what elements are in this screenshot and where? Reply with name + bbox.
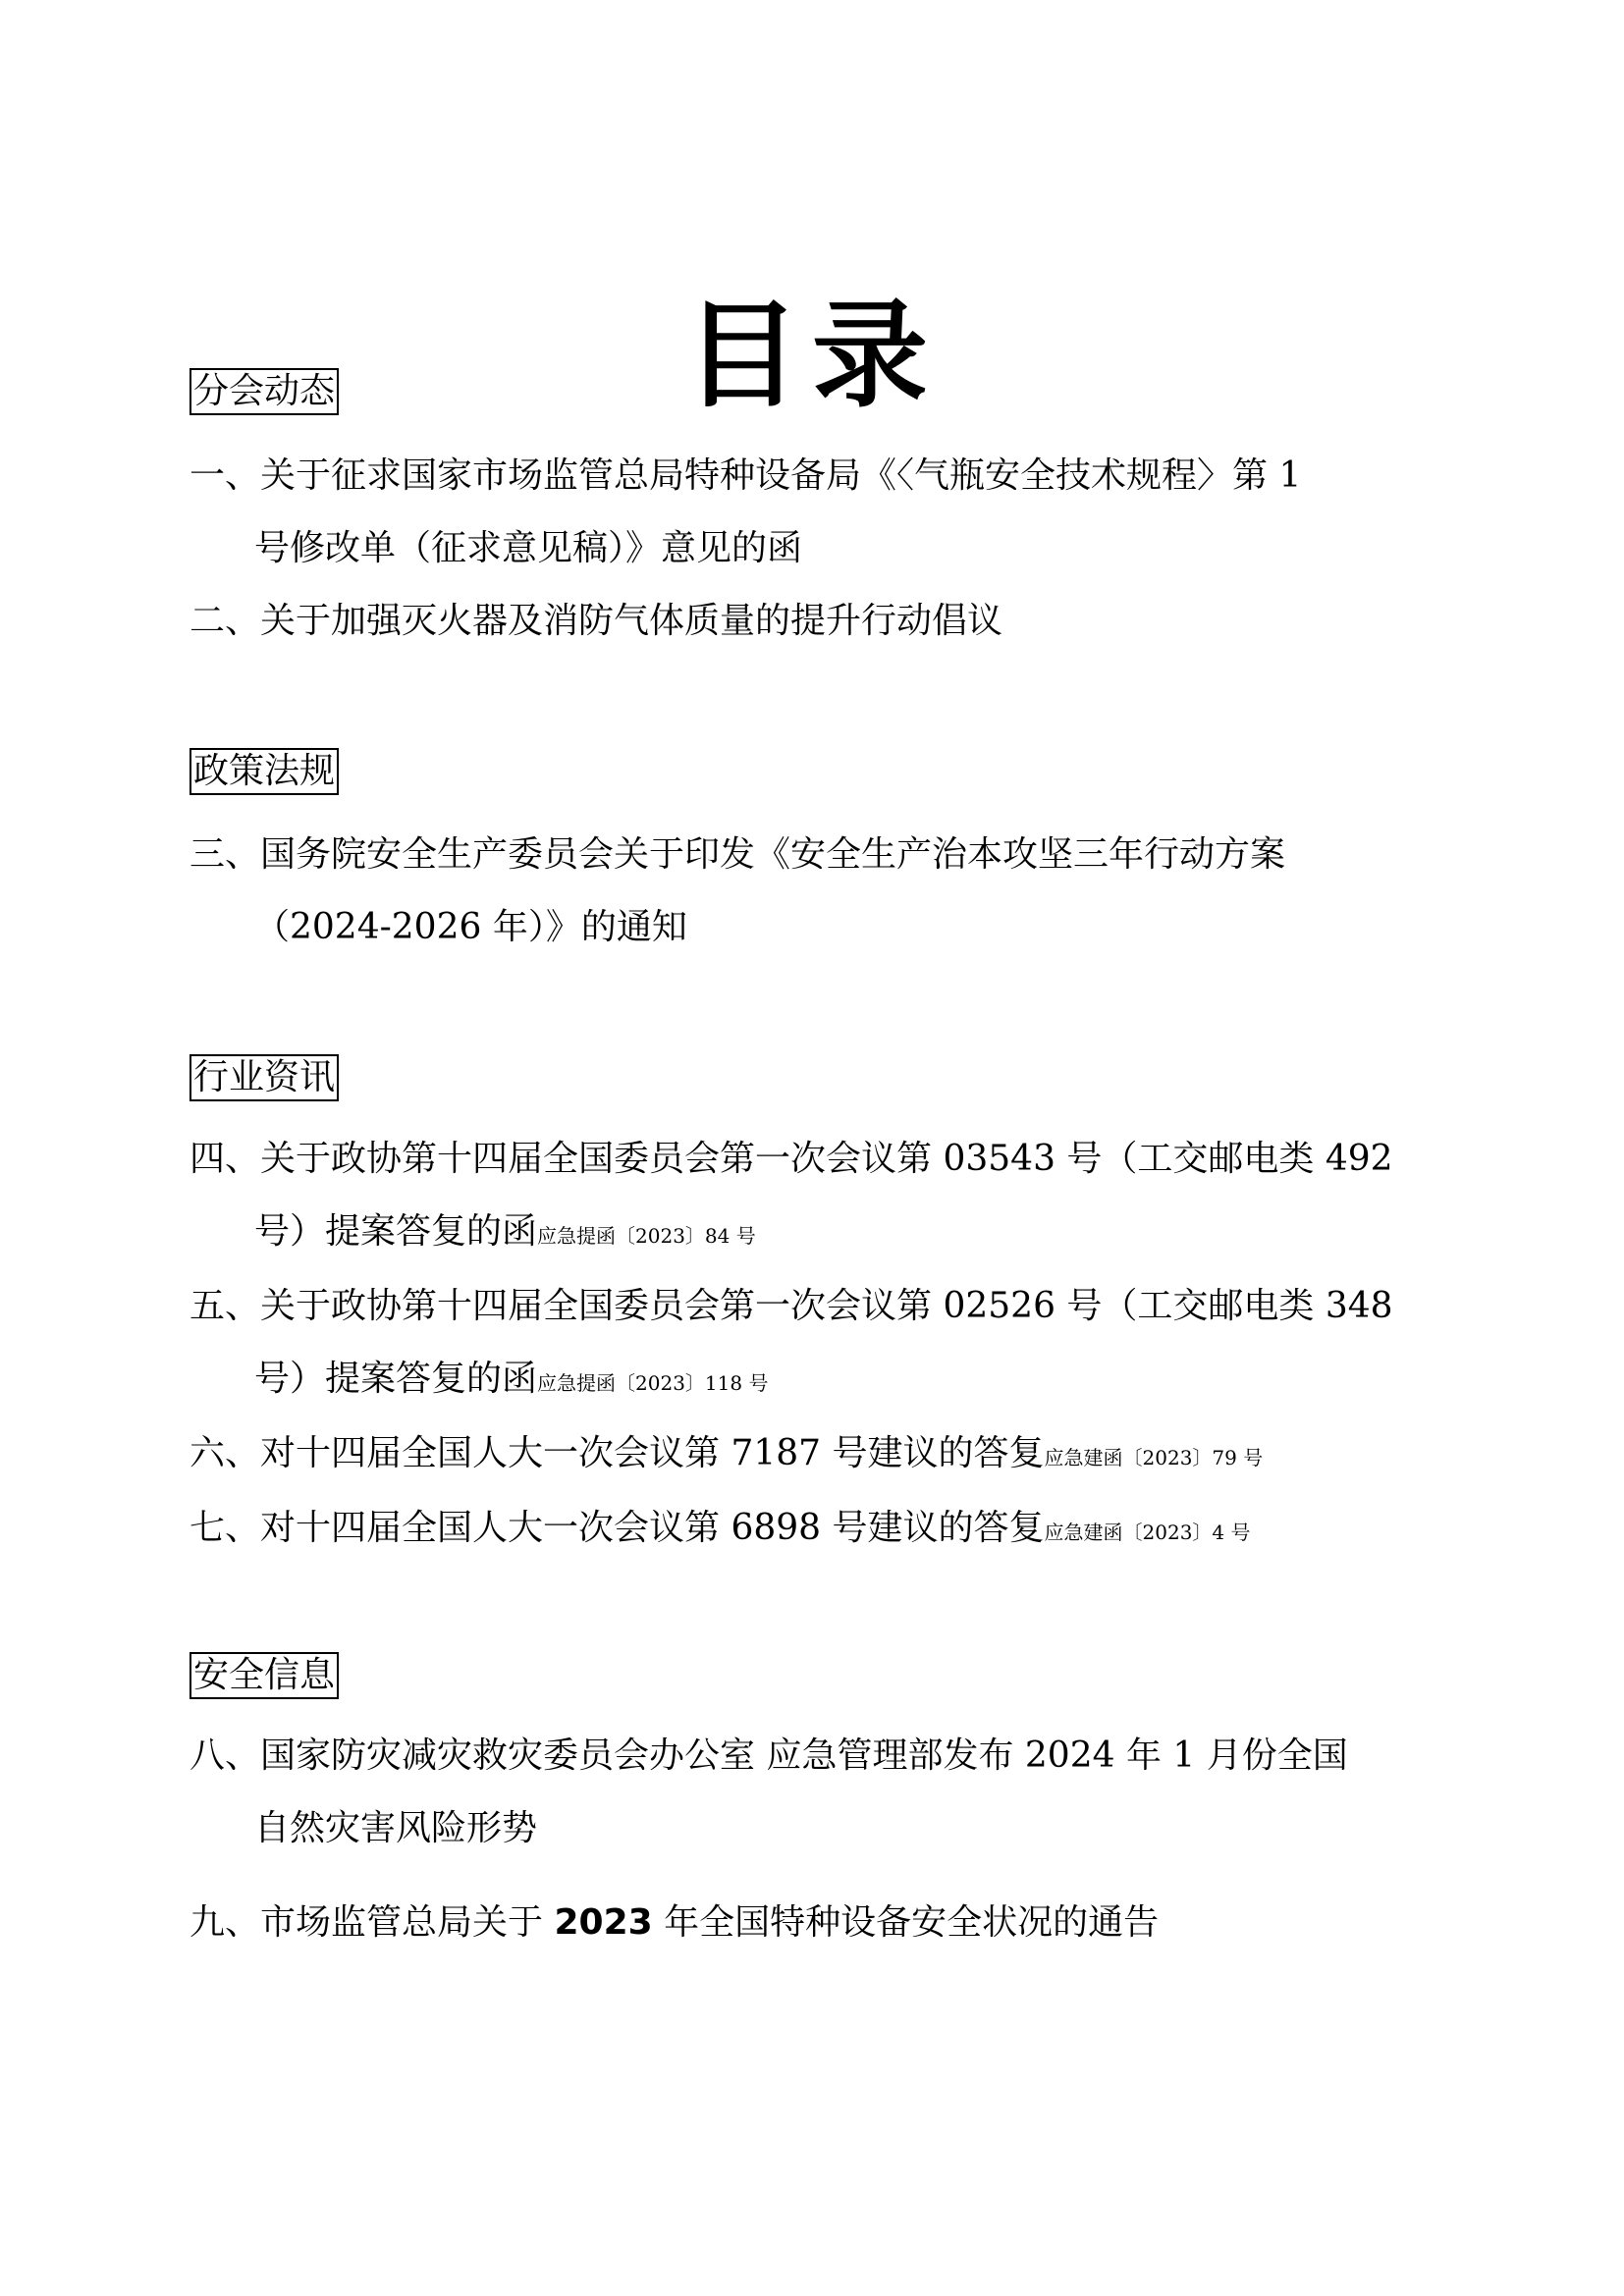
toc-entry-8[interactable]: 八、国家防灾减灾救灾委员会办公室 应急管理部发布 2024 年 1 月份全国 自… <box>189 1720 1441 1865</box>
entry-title-year: 2023 <box>554 1902 652 1943</box>
entry-title: 国家防灾减灾救灾委员会办公室 应急管理部发布 2024 年 1 月份全国 <box>260 1735 1348 1776</box>
toc-entry-7[interactable]: 七、对十四届全国人大一次会议第 6898 号建议的答复应急建函〔2023〕4 号 <box>189 1492 1441 1565</box>
entry-title-rest: 年全国特种设备安全状况的通告 <box>653 1902 1159 1943</box>
toc-entry-5[interactable]: 五、关于政协第十四届全国委员会第一次会议第 02526 号（工交邮电类 348 … <box>189 1270 1441 1415</box>
toc-entry-2[interactable]: 二、关于加强灭火器及消防气体质量的提升行动倡议 <box>189 585 1441 658</box>
entry-number: 四、 <box>189 1139 260 1179</box>
section-heading-branch-news: 分会动态 <box>189 368 339 415</box>
toc-entry-line: 号）提案答复的函应急提函〔2023〕84 号 <box>189 1196 1441 1268</box>
toc-entry-line: 一、关于征求国家市场监管总局特种设备局《〈气瓶安全技术规程〉第 1 <box>189 440 1441 512</box>
toc-entry-line: 九、市场监管总局关于 2023 年全国特种设备安全状况的通告 <box>189 1887 1441 1959</box>
toc-entry-line: 号修改单（征求意见稿）》意见的函 <box>189 512 1441 585</box>
entry-title: 关于加强灭火器及消防气体质量的提升行动倡议 <box>260 601 1002 641</box>
document-number: 应急建函〔2023〕4 号 <box>1045 1521 1251 1544</box>
entry-title: 对十四届全国人大一次会议第 7187 号建议的答复 <box>260 1433 1045 1473</box>
toc-entry-line: 六、对十四届全国人大一次会议第 7187 号建议的答复应急建函〔2023〕79 … <box>189 1417 1441 1490</box>
entry-number: 六、 <box>189 1433 260 1473</box>
entry-number: 八、 <box>189 1735 260 1776</box>
document-number: 应急提函〔2023〕118 号 <box>537 1371 768 1395</box>
section-heading-policy-regulations: 政策法规 <box>189 748 339 795</box>
toc-entry-line: 四、关于政协第十四届全国委员会第一次会议第 03543 号（工交邮电类 492 <box>189 1123 1441 1196</box>
document-number: 应急建函〔2023〕79 号 <box>1045 1446 1264 1469</box>
entry-number: 九、 <box>189 1902 260 1943</box>
entry-title: 国务院安全生产委员会关于印发《安全生产治本攻坚三年行动方案 <box>260 834 1285 875</box>
entry-number: 一、 <box>189 455 260 496</box>
entry-title-continued: （2024-2026 年）》的通知 <box>254 907 687 947</box>
toc-entry-line: 七、对十四届全国人大一次会议第 6898 号建议的答复应急建函〔2023〕4 号 <box>189 1492 1441 1565</box>
toc-entry-line: 八、国家防灾减灾救灾委员会办公室 应急管理部发布 2024 年 1 月份全国 <box>189 1720 1441 1792</box>
entry-title-continued: 自然灾害风险形势 <box>254 1808 537 1848</box>
toc-entry-line: 二、关于加强灭火器及消防气体质量的提升行动倡议 <box>189 585 1441 658</box>
toc-entry-4[interactable]: 四、关于政协第十四届全国委员会第一次会议第 03543 号（工交邮电类 492 … <box>189 1123 1441 1268</box>
toc-entry-line: 三、国务院安全生产委员会关于印发《安全生产治本攻坚三年行动方案 <box>189 819 1441 891</box>
toc-entry-line: 号）提案答复的函应急提函〔2023〕118 号 <box>189 1343 1441 1415</box>
document-number: 应急提函〔2023〕84 号 <box>537 1224 756 1248</box>
entry-number: 七、 <box>189 1508 260 1548</box>
toc-entry-1[interactable]: 一、关于征求国家市场监管总局特种设备局《〈气瓶安全技术规程〉第 1 号修改单（征… <box>189 440 1441 585</box>
entry-number: 五、 <box>189 1286 260 1326</box>
entry-title: 关于政协第十四届全国委员会第一次会议第 03543 号（工交邮电类 492 <box>260 1139 1393 1179</box>
entry-title-continued: 号修改单（征求意见稿）》意见的函 <box>254 528 802 568</box>
entry-number: 二、 <box>189 601 260 641</box>
section-heading-industry-news: 行业资讯 <box>189 1054 339 1101</box>
entry-title-continued: 号）提案答复的函 <box>254 1211 537 1252</box>
toc-entry-6[interactable]: 六、对十四届全国人大一次会议第 7187 号建议的答复应急建函〔2023〕79 … <box>189 1417 1441 1490</box>
entry-title: 关于政协第十四届全国委员会第一次会议第 02526 号（工交邮电类 348 <box>260 1286 1393 1326</box>
entry-title: 关于征求国家市场监管总局特种设备局《〈气瓶安全技术规程〉第 1 <box>260 455 1301 496</box>
toc-entry-line: 自然灾害风险形势 <box>189 1792 1441 1865</box>
section-heading-safety-info: 安全信息 <box>189 1652 339 1699</box>
entry-title: 市场监管总局关于 <box>260 1902 554 1943</box>
toc-entry-3[interactable]: 三、国务院安全生产委员会关于印发《安全生产治本攻坚三年行动方案 （2024-20… <box>189 819 1441 964</box>
toc-entry-9[interactable]: 九、市场监管总局关于 2023 年全国特种设备安全状况的通告 <box>189 1887 1441 1959</box>
entry-title-continued: 号）提案答复的函 <box>254 1359 537 1399</box>
entry-title: 对十四届全国人大一次会议第 6898 号建议的答复 <box>260 1508 1045 1548</box>
toc-entry-line: （2024-2026 年）》的通知 <box>189 891 1441 964</box>
entry-number: 三、 <box>189 834 260 875</box>
toc-entry-line: 五、关于政协第十四届全国委员会第一次会议第 02526 号（工交邮电类 348 <box>189 1270 1441 1343</box>
